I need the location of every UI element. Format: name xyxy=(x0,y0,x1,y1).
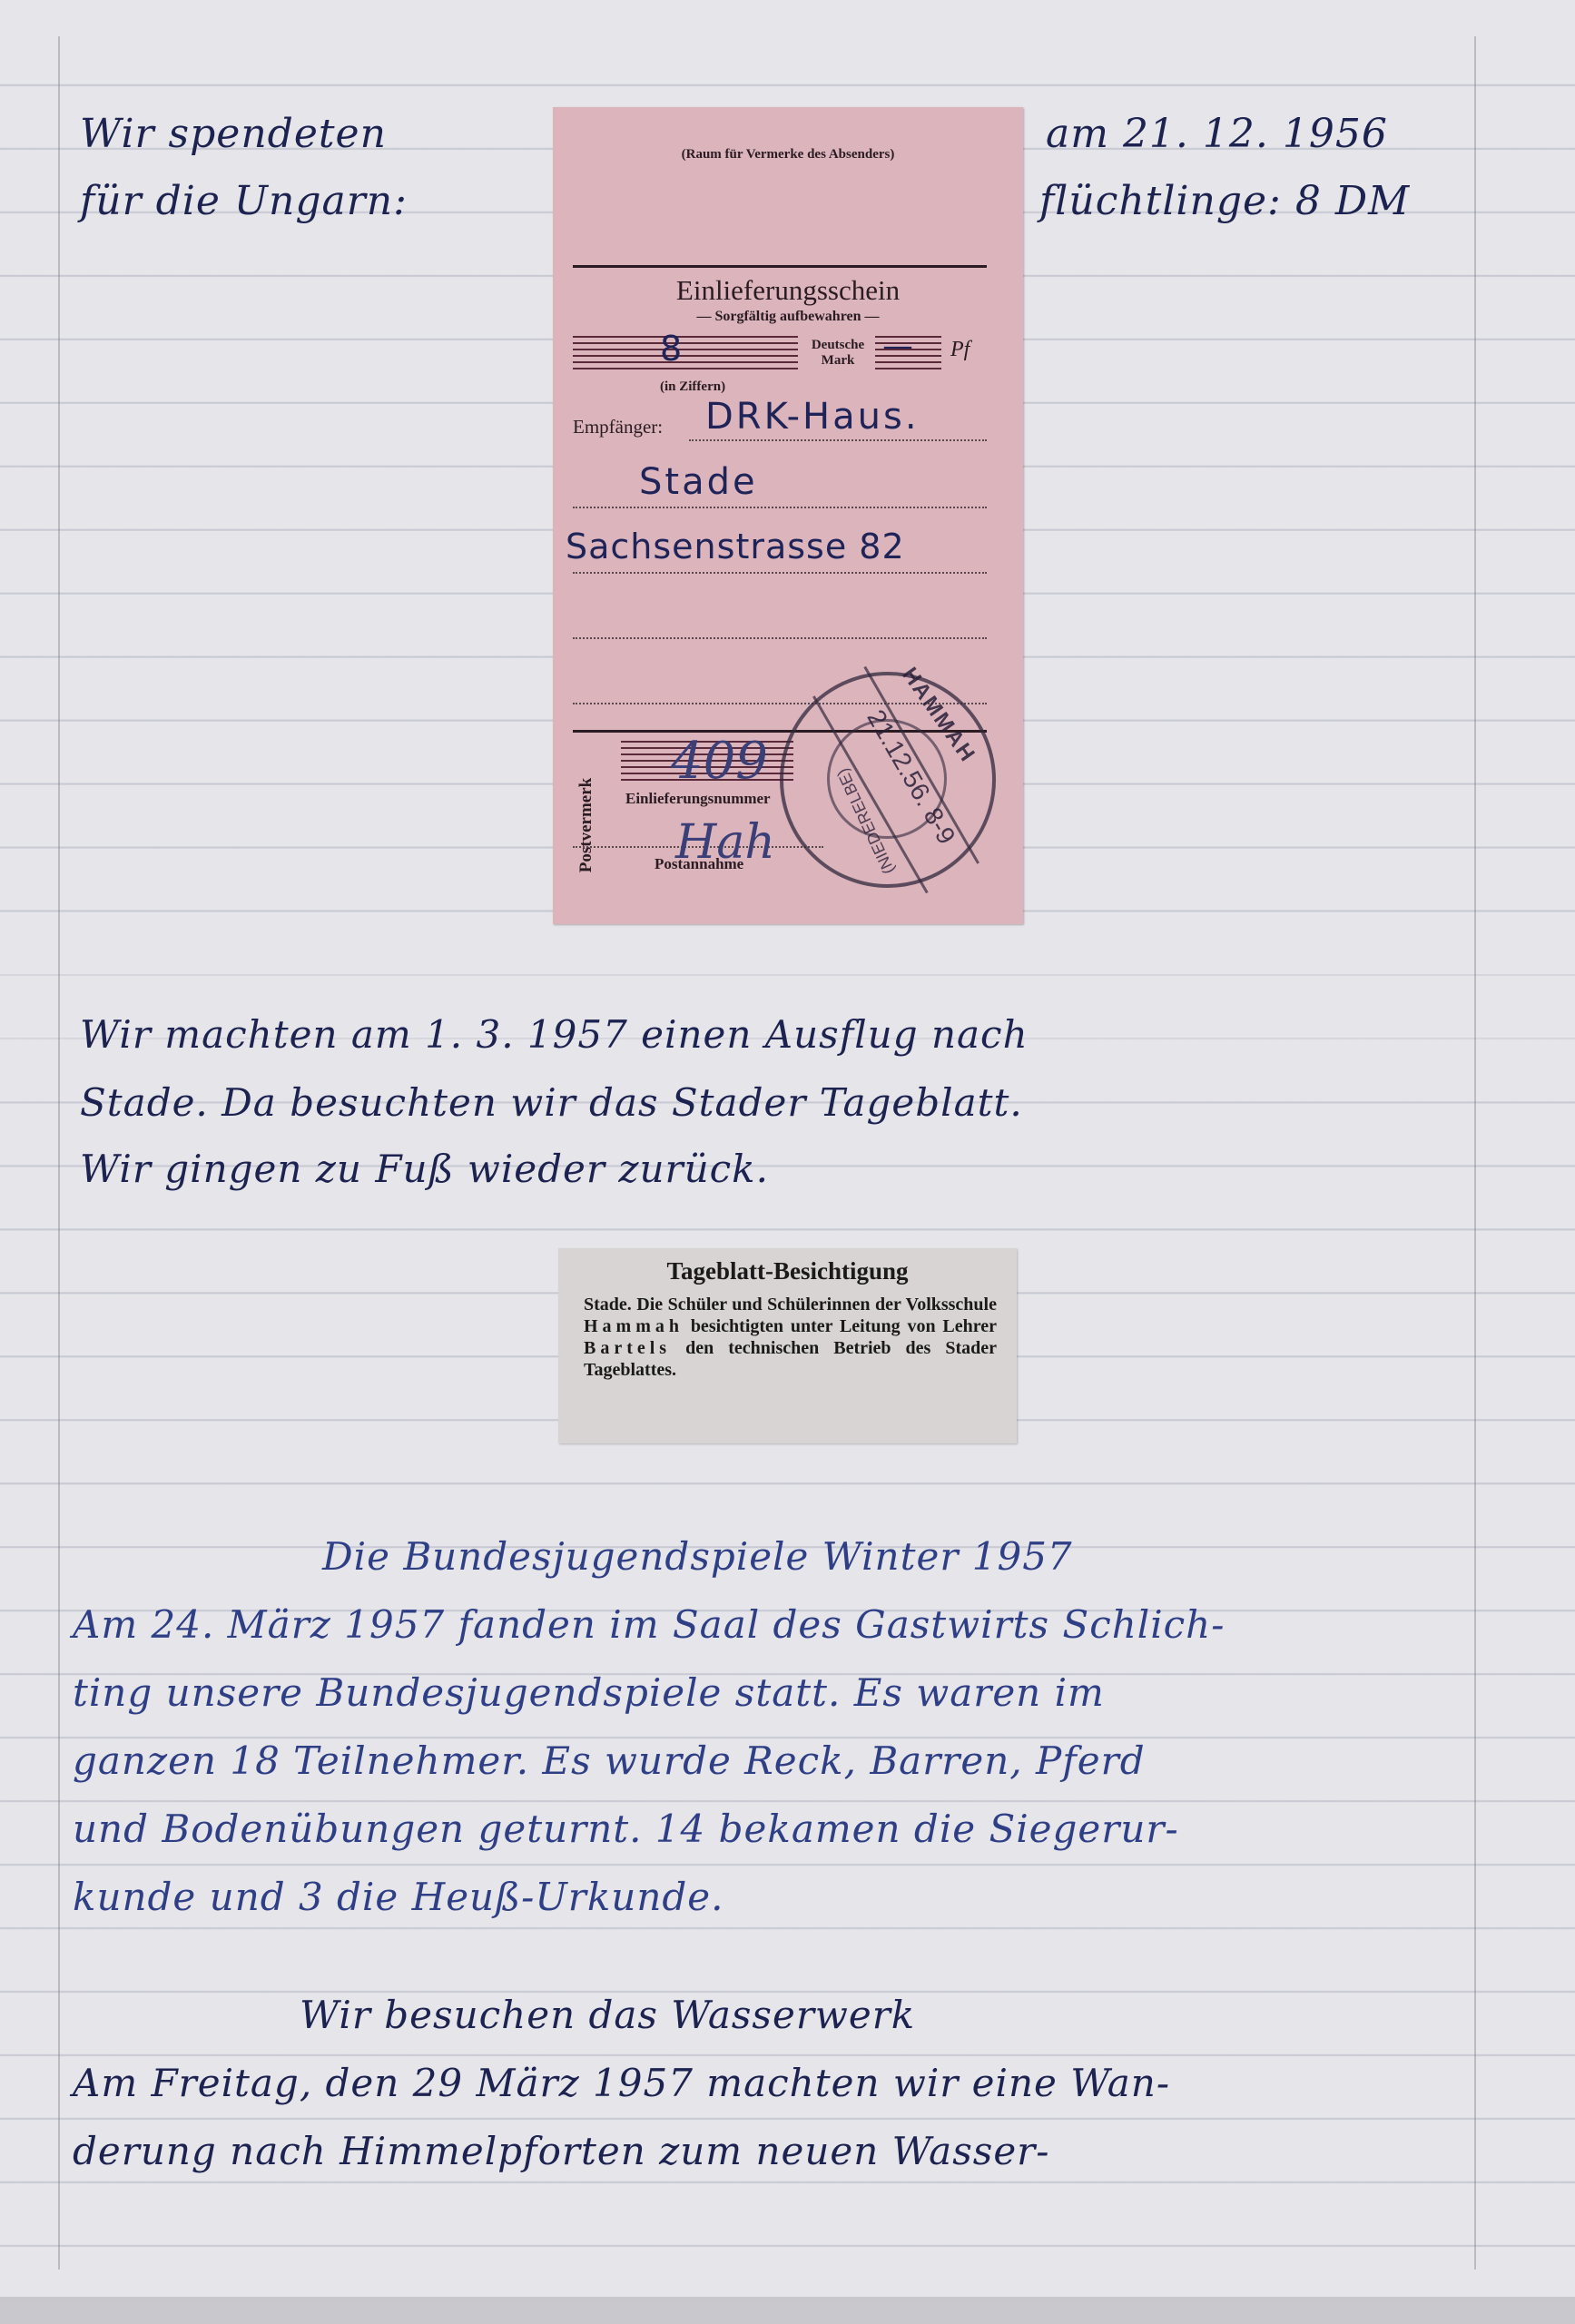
postal-receipt: (Raum für Vermerke des Absenders) Einlie… xyxy=(553,107,1023,924)
waterworks-line-1: Am Freitag, den 29 März 1957 machten wir… xyxy=(73,2061,1170,2105)
pf-label: Pf xyxy=(950,338,970,362)
acceptance-label: Postannahme xyxy=(655,855,743,873)
clipping-title: Tageblatt-Besichtigung xyxy=(558,1257,1017,1285)
left-margin-line xyxy=(58,36,60,2270)
amount-value: 8 xyxy=(660,329,682,369)
sender-note-label: (Raum für Vermerke des Absenders) xyxy=(553,147,1023,162)
in-figures-label: (in Ziffern) xyxy=(660,379,725,395)
amount-field-lines xyxy=(573,336,798,372)
games-line-2: ting unsere Bundesjugendspiele statt. Es… xyxy=(73,1670,1105,1715)
notebook-page: Wir spendeten für die Ungarn: am 21. 12.… xyxy=(0,0,1575,2324)
games-line-4: und Bodenübungen geturnt. 14 bekamen die… xyxy=(73,1807,1179,1851)
games-line-5: kunde und 3 die Heuß-Urkunde. xyxy=(73,1875,724,1919)
games-line-1: Am 24. März 1957 fanden im Saal des Gast… xyxy=(73,1602,1225,1647)
receipt-divider xyxy=(573,265,987,268)
clipping-school-name: Hammah xyxy=(584,1316,684,1336)
donation-text-right-1: am 21. 12. 1956 xyxy=(1046,111,1388,157)
postal-note-label: Postvermerk xyxy=(576,766,596,884)
excursion-line-3: Wir gingen zu Fuß wieder zurück. xyxy=(80,1147,769,1191)
clipping-text-1: Die Schüler und Schülerinnen der Volkssc… xyxy=(632,1295,997,1315)
currency-label-line-2: Mark xyxy=(802,353,873,369)
page-bottom-edge xyxy=(0,2297,1575,2324)
receipt-subtitle: — Sorgfältig aufbewahren — xyxy=(553,309,1023,325)
dotted-line xyxy=(573,507,987,508)
recipient-line-1: DRK-Haus. xyxy=(705,396,920,438)
donation-text-right-2: flüchtlinge: 8 DM xyxy=(1039,178,1410,224)
donation-text-left-2: für die Ungarn: xyxy=(80,178,408,224)
games-heading: Die Bundesjugendspiele Winter 1957 xyxy=(322,1534,1073,1579)
clipping-text-2: besichtigten unter Leitung von Lehrer xyxy=(684,1316,997,1336)
currency-label-line-1: Deutsche xyxy=(802,338,873,353)
pf-value: — xyxy=(884,330,911,361)
right-margin-line xyxy=(1474,36,1476,2270)
receipt-number-label: Einlieferungsnummer xyxy=(625,790,771,808)
clipping-teacher-name: Bartels xyxy=(584,1338,671,1358)
dotted-line xyxy=(573,637,987,639)
recipient-line-3: Sachsenstrasse 82 xyxy=(566,527,905,566)
waterworks-line-2: derung nach Himmelpforten zum neuen Wass… xyxy=(73,2129,1049,2173)
waterworks-heading: Wir besuchen das Wasserwerk xyxy=(300,1993,915,2037)
recipient-label: Empfänger: xyxy=(573,416,663,438)
currency-label: Deutsche Mark xyxy=(802,338,873,369)
dotted-line xyxy=(689,439,987,441)
receipt-title: Einlieferungsschein xyxy=(553,274,1023,307)
newspaper-clipping: Tageblatt-Besichtigung Stade. Die Schüle… xyxy=(558,1248,1017,1443)
dotted-line xyxy=(573,572,987,574)
donation-text-left-1: Wir spendeten xyxy=(80,111,387,157)
postmark-stamp-icon: HAMMAH 21.12.56. 8-9 (NIEDERELBE) xyxy=(780,672,996,888)
games-line-3: ganzen 18 Teilnehmer. Es wurde Reck, Bar… xyxy=(73,1738,1146,1783)
excursion-line-2: Stade. Da besuchten wir das Stader Tageb… xyxy=(80,1080,1023,1125)
recipient-line-2: Stade xyxy=(639,461,758,503)
receipt-number-value: 409 xyxy=(671,732,768,791)
excursion-line-1: Wir machten am 1. 3. 1957 einen Ausflug … xyxy=(80,1012,1029,1057)
clipping-dateline: Stade. xyxy=(584,1295,632,1315)
clipping-body: Stade. Die Schüler und Schülerinnen der … xyxy=(584,1294,997,1381)
